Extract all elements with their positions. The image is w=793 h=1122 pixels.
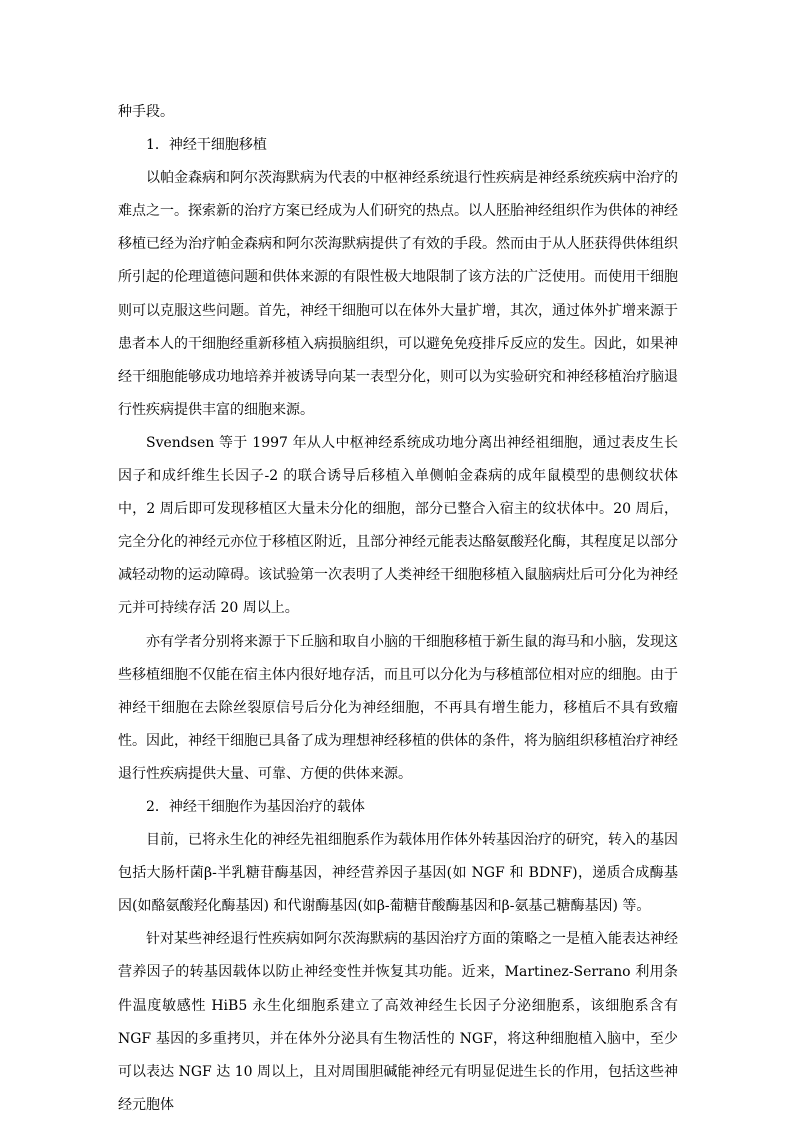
paragraph-hypothalamus-cerebellum: 亦有学者分别将来源于下丘脑和取自小脑的干细胞移植于新生鼠的海马和小脑，发现这些移… bbox=[118, 626, 678, 791]
paragraph-martinez-serrano: 针对某些神经退行性疾病如阿尔茨海默病的基因治疗方面的策略之一是植入能表达神经营养… bbox=[118, 923, 678, 1122]
section-heading-2: 2．神经干细胞作为基因治疗的载体 bbox=[118, 791, 678, 824]
paragraph-continuation: 种手段。 bbox=[118, 96, 678, 129]
section-heading-1: 1．神经干细胞移植 bbox=[118, 129, 678, 162]
paragraph-svendsen-study: Svendsen 等于 1997 年从人中枢神经系统成功地分离出神经祖细胞，通过… bbox=[118, 427, 678, 626]
paragraph-stem-cell-transplant-intro: 以帕金森病和阿尔茨海默病为代表的中枢神经系统退行性疾病是神经系统疾病中治疗的难点… bbox=[118, 162, 678, 427]
document-page: 种手段。 1．神经干细胞移植 以帕金森病和阿尔茨海默病为代表的中枢神经系统退行性… bbox=[118, 96, 678, 1122]
paragraph-gene-vectors: 目前，已将永生化的神经先祖细胞系作为载体用作体外转基因治疗的研究，转入的基因包括… bbox=[118, 824, 678, 923]
